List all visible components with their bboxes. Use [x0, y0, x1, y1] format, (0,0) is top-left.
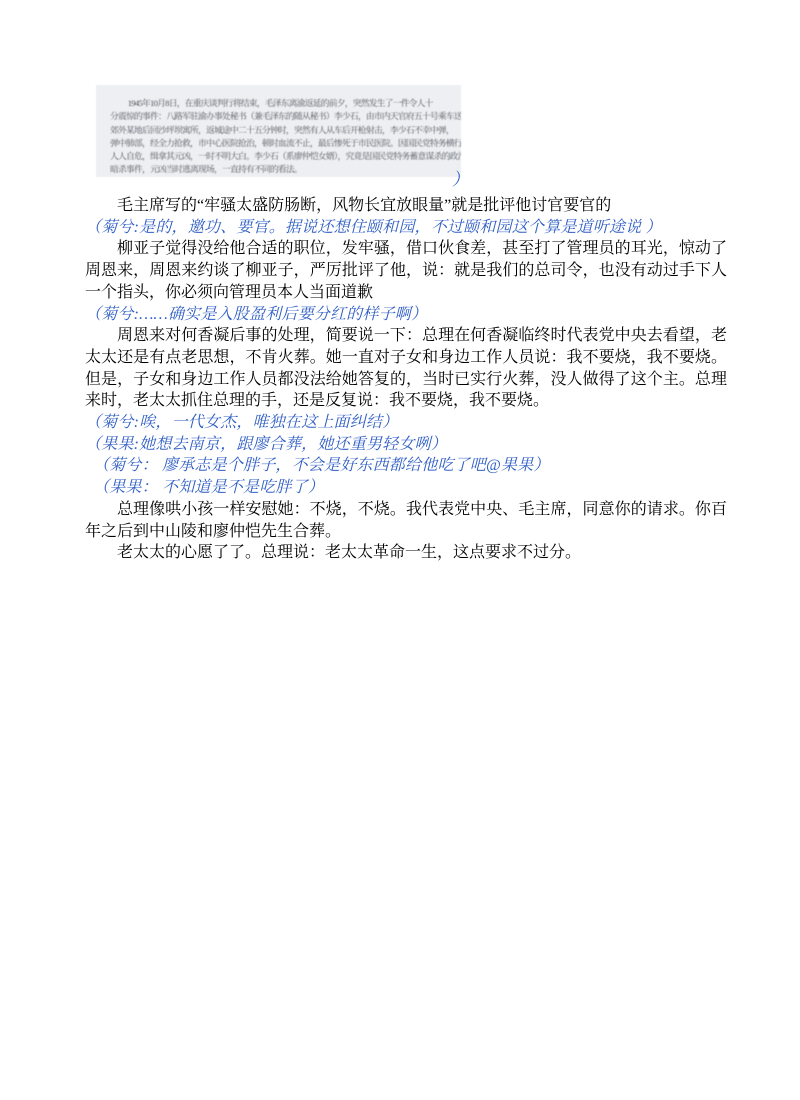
- scanned-text-line: 暗杀事件，元凶当时逃离现场，一直持有不同的看法。: [110, 163, 453, 176]
- paragraph: 毛主席写的“牢骚太盛防肠断，风物长宜放眼量”就是批评他讨官要官的: [85, 195, 727, 217]
- comment-line: （菊兮:……确实是入股盈利后要分红的样子啊）: [85, 304, 727, 326]
- scanned-text-line: 人人自危，缉拿其元凶，一时不明大白。李少石（系廖仲恺女婿），究竟是国民党特务蓄意…: [110, 150, 453, 163]
- comment-line: （菊兮： 廖承志是个胖子，不会是好东西都给他吃了吧@果果）: [85, 455, 727, 477]
- comment-line: （果果： 不知道是不是吃胖了）: [85, 477, 727, 499]
- comment-line: （菊兮:唉，一代女杰，唯独在这上面纠结）: [85, 412, 727, 434]
- comment-line: （果果:她想去南京，跟廖合葬，她还重男轻女咧）: [85, 434, 727, 456]
- scanned-text-line: 弹中肺部，经全力抢救，市中心医院抢治，顿时血流不止，最后惨死于市民医院。因国民党…: [110, 137, 453, 150]
- paragraph: 周恩来对何香凝后事的处理，简要说一下：总理在何香凝临终时代表党中央去看望，老太太…: [85, 325, 727, 412]
- scanned-text-line: 分震惊的事件：八路军驻渝办事处秘书（兼毛泽东的随从秘书）李少石，由市内天官府五十…: [110, 110, 453, 123]
- scanned-text-line: 郊外某地后回沙坪坝寓所，返城途中二十五分钟时，突然有人从车后开枪射击，李少石不幸…: [110, 124, 453, 137]
- embedded-scanned-text-image: 1945年10月8日，在重庆谈判行将结束，毛泽东离渝返延的前夕，突然发生了一件令…: [96, 85, 461, 177]
- comment-line: （菊兮:是的，邀功、要官。据说还想住颐和园，不过颐和园这个算是道听途说 ）: [85, 217, 727, 239]
- document-body: 毛主席写的“牢骚太盛防肠断，风物长宜放眼量”就是批评他讨官要官的（菊兮:是的，邀…: [85, 195, 727, 564]
- comment-closing-paren: ）: [452, 165, 469, 190]
- document-page: 1945年10月8日，在重庆谈判行将结束，毛泽东离渝返延的前夕，突然发生了一件令…: [0, 0, 800, 1100]
- paragraph: 总理像哄小孩一样安慰她：不烧，不烧。我代表党中央、毛主席，同意你的请求。你百年之…: [85, 499, 727, 542]
- scanned-text-line: 1945年10月8日，在重庆谈判行将结束，毛泽东离渝返延的前夕，突然发生了一件令…: [110, 97, 453, 110]
- paragraph: 老太太的心愿了了。总理说：老太太革命一生，这点要求不过分。: [85, 542, 727, 564]
- paragraph: 柳亚子觉得没给他合适的职位，发牢骚，借口伙食差，甚至打了管理员的耳光，惊动了周恩…: [85, 238, 727, 303]
